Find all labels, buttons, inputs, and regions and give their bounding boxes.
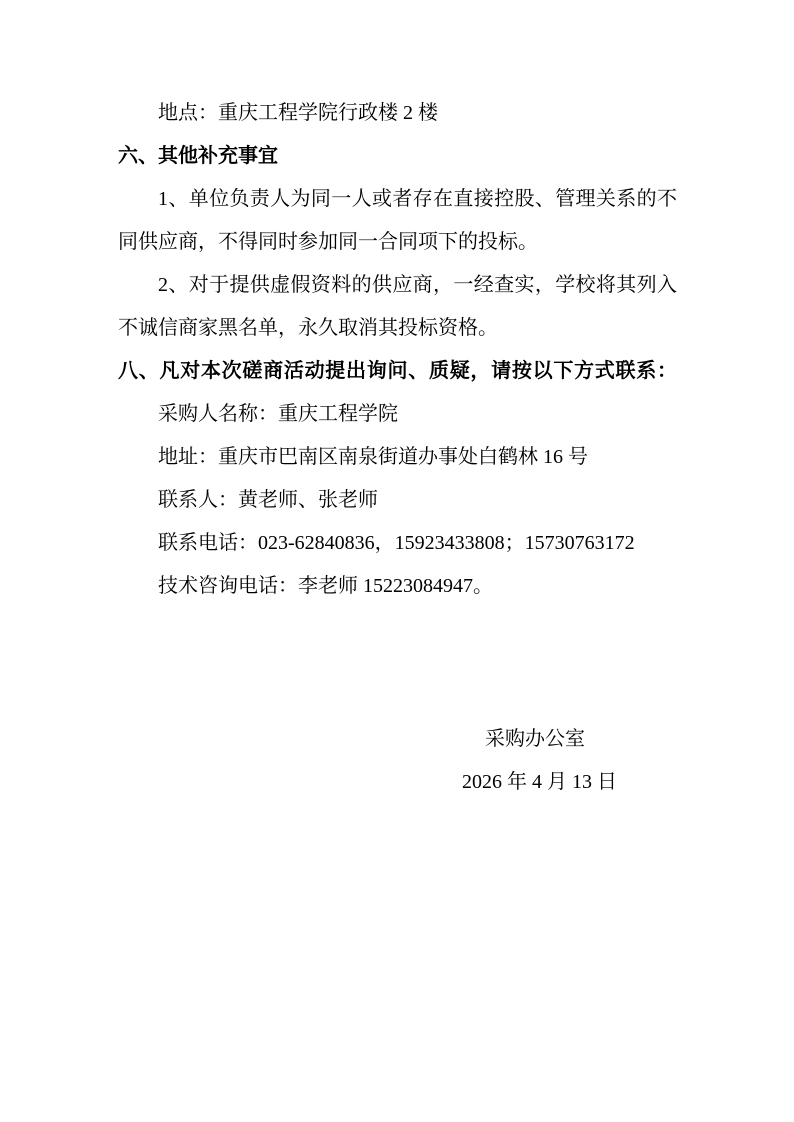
section-six-paragraph-1: 1、单位负责人为同一人或者存在直接控股、管理关系的不同供应商，不得同时参加同一合… — [118, 178, 677, 264]
meeting-location-line: 地点：重庆工程学院行政楼 2 楼 — [118, 92, 677, 135]
section-six-paragraph-2: 2、对于提供虚假资料的供应商，一经查实，学校将其列入不诚信商家黑名单，永久取消其… — [118, 264, 677, 350]
contact-phone-line: 联系电话：023-62840836，15923433808；1573076317… — [118, 522, 677, 565]
document-page: 地点：重庆工程学院行政楼 2 楼 六、其他补充事宜 1、单位负责人为同一人或者存… — [0, 0, 794, 1122]
section-eight-heading: 八、凡对本次磋商活动提出询问、质疑，请按以下方式联系： — [118, 350, 677, 393]
tech-phone-line: 技术咨询电话：李老师 15223084947。 — [118, 565, 677, 608]
signature-organization: 采购办公室 — [118, 718, 677, 761]
contact-persons-line: 联系人：黄老师、张老师 — [118, 479, 677, 522]
purchaser-name-line: 采购人名称：重庆工程学院 — [118, 393, 677, 436]
signature-date: 2026 年 4 月 13 日 — [118, 761, 677, 804]
address-line: 地址：重庆市巴南区南泉街道办事处白鹤林 16 号 — [118, 436, 677, 479]
section-six-heading: 六、其他补充事宜 — [118, 135, 677, 178]
document-body: 地点：重庆工程学院行政楼 2 楼 六、其他补充事宜 1、单位负责人为同一人或者存… — [118, 92, 677, 804]
